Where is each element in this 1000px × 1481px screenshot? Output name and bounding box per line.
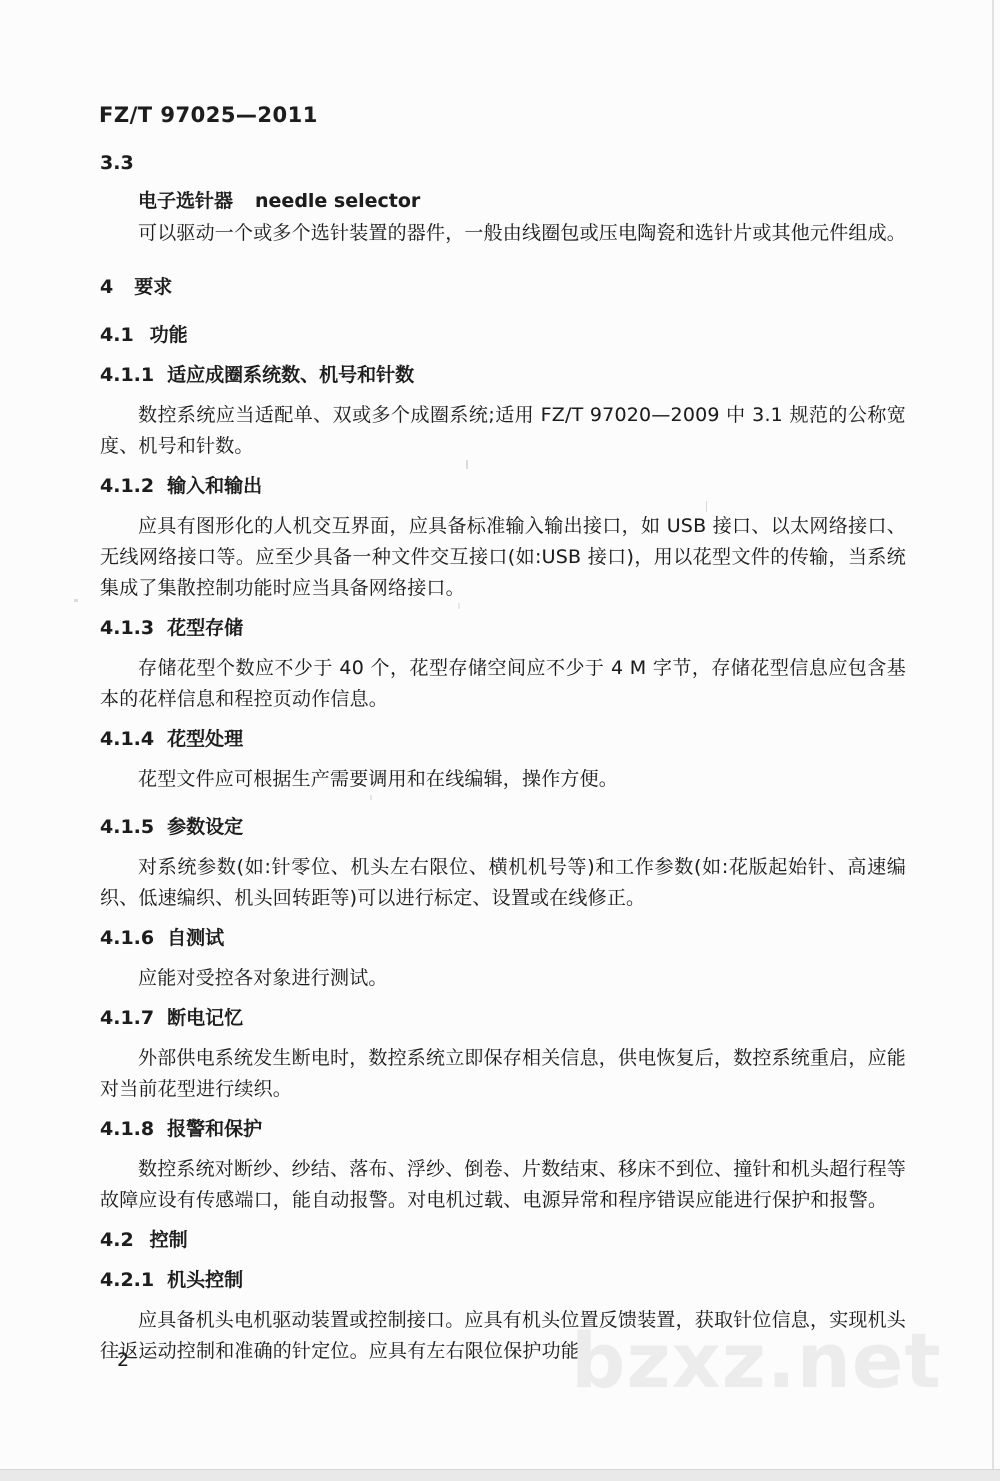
paragraph-4-1-4: 花型文件应可根据生产需要调用和在线编辑，操作方便。: [100, 764, 906, 795]
section-heading-4: 4要求: [100, 272, 906, 303]
paragraph-4-1-2: 应具有图形化的人机交互界面，应具备标准输入输出接口，如 USB 接口、以太网络接…: [100, 511, 906, 604]
scan-artifact: [466, 460, 468, 469]
section-number: 4.1.6: [100, 927, 154, 949]
bzxz-watermark: bzxz.net: [571, 1316, 942, 1405]
section-title: 要求: [134, 276, 172, 298]
section-heading-4-2: 4.2控制: [100, 1225, 906, 1256]
section-number: 4.1: [100, 324, 134, 346]
scan-bottom-band: [0, 1469, 1000, 1481]
term-definition-paragraph: 可以驱动一个或多个选针装置的器件，一般由线圈包或压电陶瓷和选针片或其他元件组成。: [100, 218, 906, 249]
section-number: 4.1.5: [100, 816, 154, 838]
paragraph-4-1-1: 数控系统应当适配单、双或多个成圈系统;适用 FZ/T 97020—2009 中 …: [100, 400, 906, 462]
page-edge-line: [992, 0, 994, 1481]
paragraph-4-1-7: 外部供电系统发生断电时，数控系统立即保存相关信息，供电恢复后，数控系统重启，应能…: [100, 1043, 906, 1105]
section-heading-4-1-3: 4.1.3花型存储: [100, 613, 906, 644]
section-heading-4-1: 4.1功能: [100, 320, 906, 351]
section-number: 4.2.1: [100, 1269, 154, 1291]
section-number: 4.1.4: [100, 728, 154, 750]
section-heading-4-1-6: 4.1.6自测试: [100, 923, 906, 954]
section-number: 4.2: [100, 1229, 134, 1251]
scan-artifact: [370, 795, 372, 800]
section-heading-4-1-5: 4.1.5参数设定: [100, 812, 906, 843]
section-number: 4.1.3: [100, 617, 154, 639]
page-number: 2: [117, 1349, 129, 1371]
clause-number-3-3: 3.3: [100, 148, 906, 179]
section-number: 4.1.1: [100, 364, 154, 386]
section-title: 输入和输出: [167, 475, 262, 497]
section-heading-4-1-7: 4.1.7断电记忆: [100, 1003, 906, 1034]
section-title: 花型存储: [167, 617, 243, 639]
scan-artifact: [458, 603, 460, 609]
section-title: 参数设定: [167, 816, 243, 838]
scan-artifact: [74, 599, 78, 602]
paragraph-4-1-6: 应能对受控各对象进行测试。: [100, 963, 906, 994]
scanned-document-page: FZ/T 97025—2011 3.3 电子选针器needle selector…: [0, 0, 1000, 1481]
paragraph-4-1-3: 存储花型个数应不少于 40 个，花型存储空间应不少于 4 M 字节，存储花型信息…: [100, 653, 906, 715]
section-title: 自测试: [167, 927, 224, 949]
section-title: 报警和保护: [167, 1118, 262, 1140]
section-title: 机头控制: [167, 1269, 243, 1291]
paragraph-4-1-5: 对系统参数(如:针零位、机头左右限位、横机机号等)和工作参数(如:花版起始针、高…: [100, 852, 906, 914]
section-number: 4.1.2: [100, 475, 154, 497]
document-body: 3.3 电子选针器needle selector 可以驱动一个或多个选针装置的器…: [100, 142, 906, 1367]
section-title: 适应成圈系统数、机号和针数: [167, 364, 414, 386]
scan-artifact: [706, 501, 707, 512]
paragraph-4-1-8: 数控系统对断纱、纱结、落布、浮纱、倒卷、片数结束、移床不到位、撞针和机头超行程等…: [100, 1154, 906, 1216]
section-heading-4-1-8: 4.1.8报警和保护: [100, 1114, 906, 1145]
term-heading: 电子选针器needle selector: [100, 186, 906, 217]
section-title: 功能: [150, 324, 188, 346]
standard-number-header: FZ/T 97025—2011: [99, 103, 318, 127]
term-chinese: 电子选针器: [138, 190, 233, 212]
section-title: 断电记忆: [167, 1007, 243, 1029]
section-number: 4.1.7: [100, 1007, 154, 1029]
section-number: 4: [100, 276, 113, 298]
section-heading-4-1-2: 4.1.2输入和输出: [100, 471, 906, 502]
section-number: 4.1.8: [100, 1118, 154, 1140]
section-heading-4-1-1: 4.1.1适应成圈系统数、机号和针数: [100, 360, 906, 391]
section-heading-4-1-4: 4.1.4花型处理: [100, 724, 906, 755]
section-title: 花型处理: [167, 728, 243, 750]
term-english: needle selector: [255, 190, 420, 212]
section-heading-4-2-1: 4.2.1机头控制: [100, 1265, 906, 1296]
section-title: 控制: [150, 1229, 188, 1251]
